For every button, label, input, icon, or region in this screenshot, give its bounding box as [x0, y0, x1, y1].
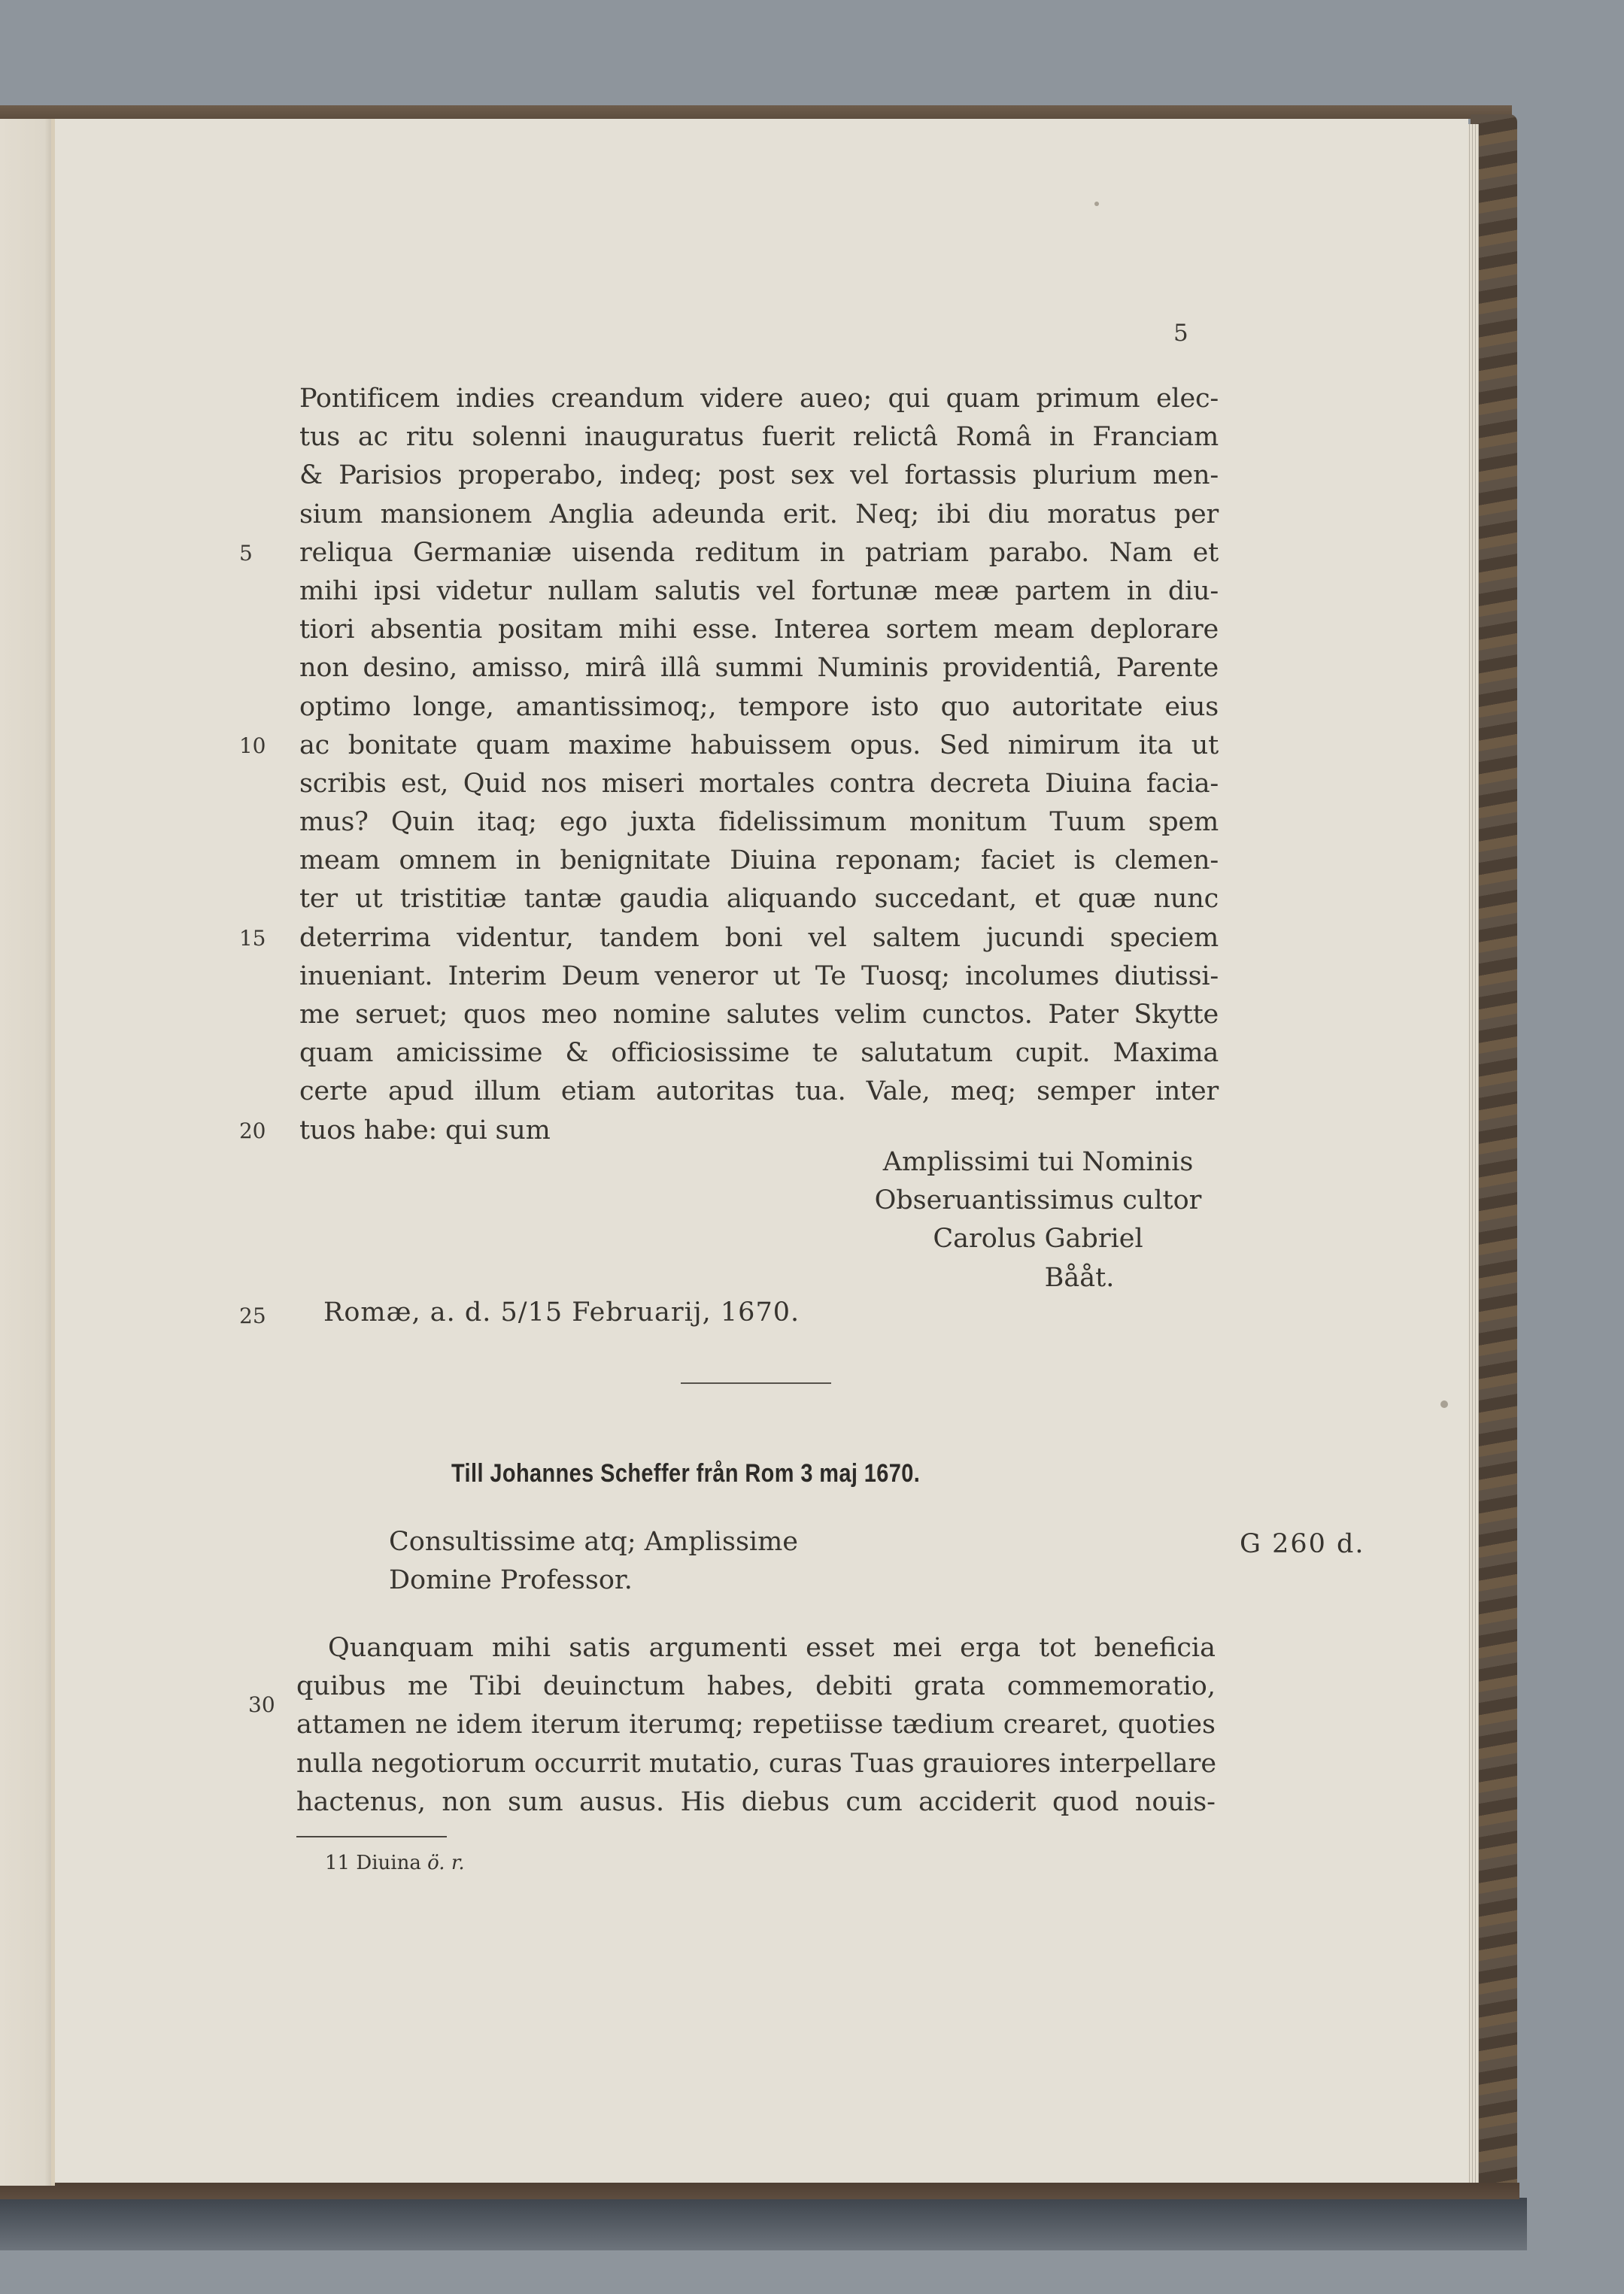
- letter-salutation: Consultissime atq; Amplissime Domine Pro…: [389, 1523, 798, 1600]
- page-gutter: [51, 119, 55, 2186]
- page-number: 5: [1173, 320, 1188, 347]
- text-line: me seruet; quos meo nomine salutes velim…: [299, 996, 1219, 1034]
- paper-speck: [1440, 1400, 1448, 1408]
- text-line: inueniant. Interim Deum veneror ut Te Tu…: [299, 957, 1219, 996]
- text-line: mus? Quin itaq; ego juxta fidelissimum m…: [299, 803, 1219, 842]
- paper-speck: [1094, 202, 1099, 206]
- archive-reference: G 260 d.: [1240, 1529, 1365, 1559]
- text-line: & Parisios properabo, indeq; post sex ve…: [299, 457, 1219, 495]
- line-number: 30: [248, 1692, 275, 1717]
- text-line: quibus me Tibi deuinctum habes, debiti g…: [296, 1667, 1216, 1706]
- letter-body: Pontificem indies creandum videre aueo; …: [299, 380, 1219, 1150]
- text-line: Quanquam mihi satis argumenti esset mei …: [296, 1629, 1216, 1667]
- left-page-edge: [0, 119, 53, 2186]
- text-line: scribis est, Quid nos miseri mortales co…: [299, 765, 1219, 803]
- text-line: nulla negotiorum occurrit mutatio, curas…: [296, 1745, 1216, 1783]
- book-shadow: [0, 2198, 1527, 2250]
- text-line: 10ac bonitate quam maxime habuissem opus…: [299, 727, 1219, 765]
- line-number: 20: [239, 1112, 277, 1150]
- text-line: attamen ne idem iterum iterumq; repetiis…: [296, 1706, 1216, 1744]
- text-line: meam omnem in benignitate Diuina reponam…: [299, 842, 1219, 880]
- text-line: sium mansionem Anglia adeunda erit. Neq;…: [299, 496, 1219, 534]
- text-line: hactenus, non sum ausus. His diebus cum …: [296, 1783, 1216, 1822]
- section-heading: Till Johannes Scheffer från Rom 3 maj 16…: [451, 1459, 920, 1488]
- section-divider: [681, 1382, 831, 1384]
- text-line: tiori absentia positam mihi esse. Intere…: [299, 611, 1219, 649]
- line-number: 10: [239, 727, 277, 765]
- text-line: ter ut tristitiæ tantæ gaudia aliquando …: [299, 880, 1219, 918]
- page-fore-edge: [1467, 124, 1479, 2185]
- book-cover-bottom-edge: [0, 2183, 1519, 2199]
- text-line: certe apud illum etiam autoritas tua. Va…: [299, 1073, 1219, 1111]
- footnote-divider: [296, 1836, 447, 1837]
- closing-line: Obseruantissimus cultor: [850, 1182, 1226, 1220]
- line-number: 5: [239, 534, 277, 572]
- text-line: optimo longe, amantissimoq;, tempore ist…: [299, 688, 1219, 727]
- line-number: 25: [239, 1303, 266, 1328]
- text-line: tus ac ritu solenni inauguratus fuerit r…: [299, 418, 1219, 457]
- text-line: Pontificem indies creandum videre aueo; …: [299, 380, 1219, 418]
- text-line: 5reliqua Germaniæ uisenda reditum in pat…: [299, 534, 1219, 572]
- book-cover-top-edge: [0, 105, 1512, 119]
- signature-name: Carolus Gabriel: [850, 1220, 1226, 1258]
- footnote: 11 Diuina ö. r.: [325, 1852, 465, 1874]
- closing-line: Amplissimi tui Nominis: [850, 1143, 1226, 1182]
- letter-dateline: Romæ, a. d. 5/15 Februarij, 1670.: [323, 1297, 800, 1328]
- text-line: 15deterrima videntur, tandem boni vel sa…: [299, 919, 1219, 957]
- second-letter-body: Quanquam mihi satis argumenti esset mei …: [296, 1629, 1216, 1822]
- text-line: quam amicissime & officiosissime te salu…: [299, 1034, 1219, 1073]
- text-line: mihi ipsi videtur nullam salutis vel for…: [299, 572, 1219, 611]
- letter-closing: Amplissimi tui Nominis Obseruantissimus …: [850, 1143, 1226, 1297]
- signature-surname: Bååt.: [850, 1259, 1226, 1297]
- line-number: 15: [239, 919, 277, 957]
- text-line: non desino, amisso, mirâ illâ summi Numi…: [299, 649, 1219, 687]
